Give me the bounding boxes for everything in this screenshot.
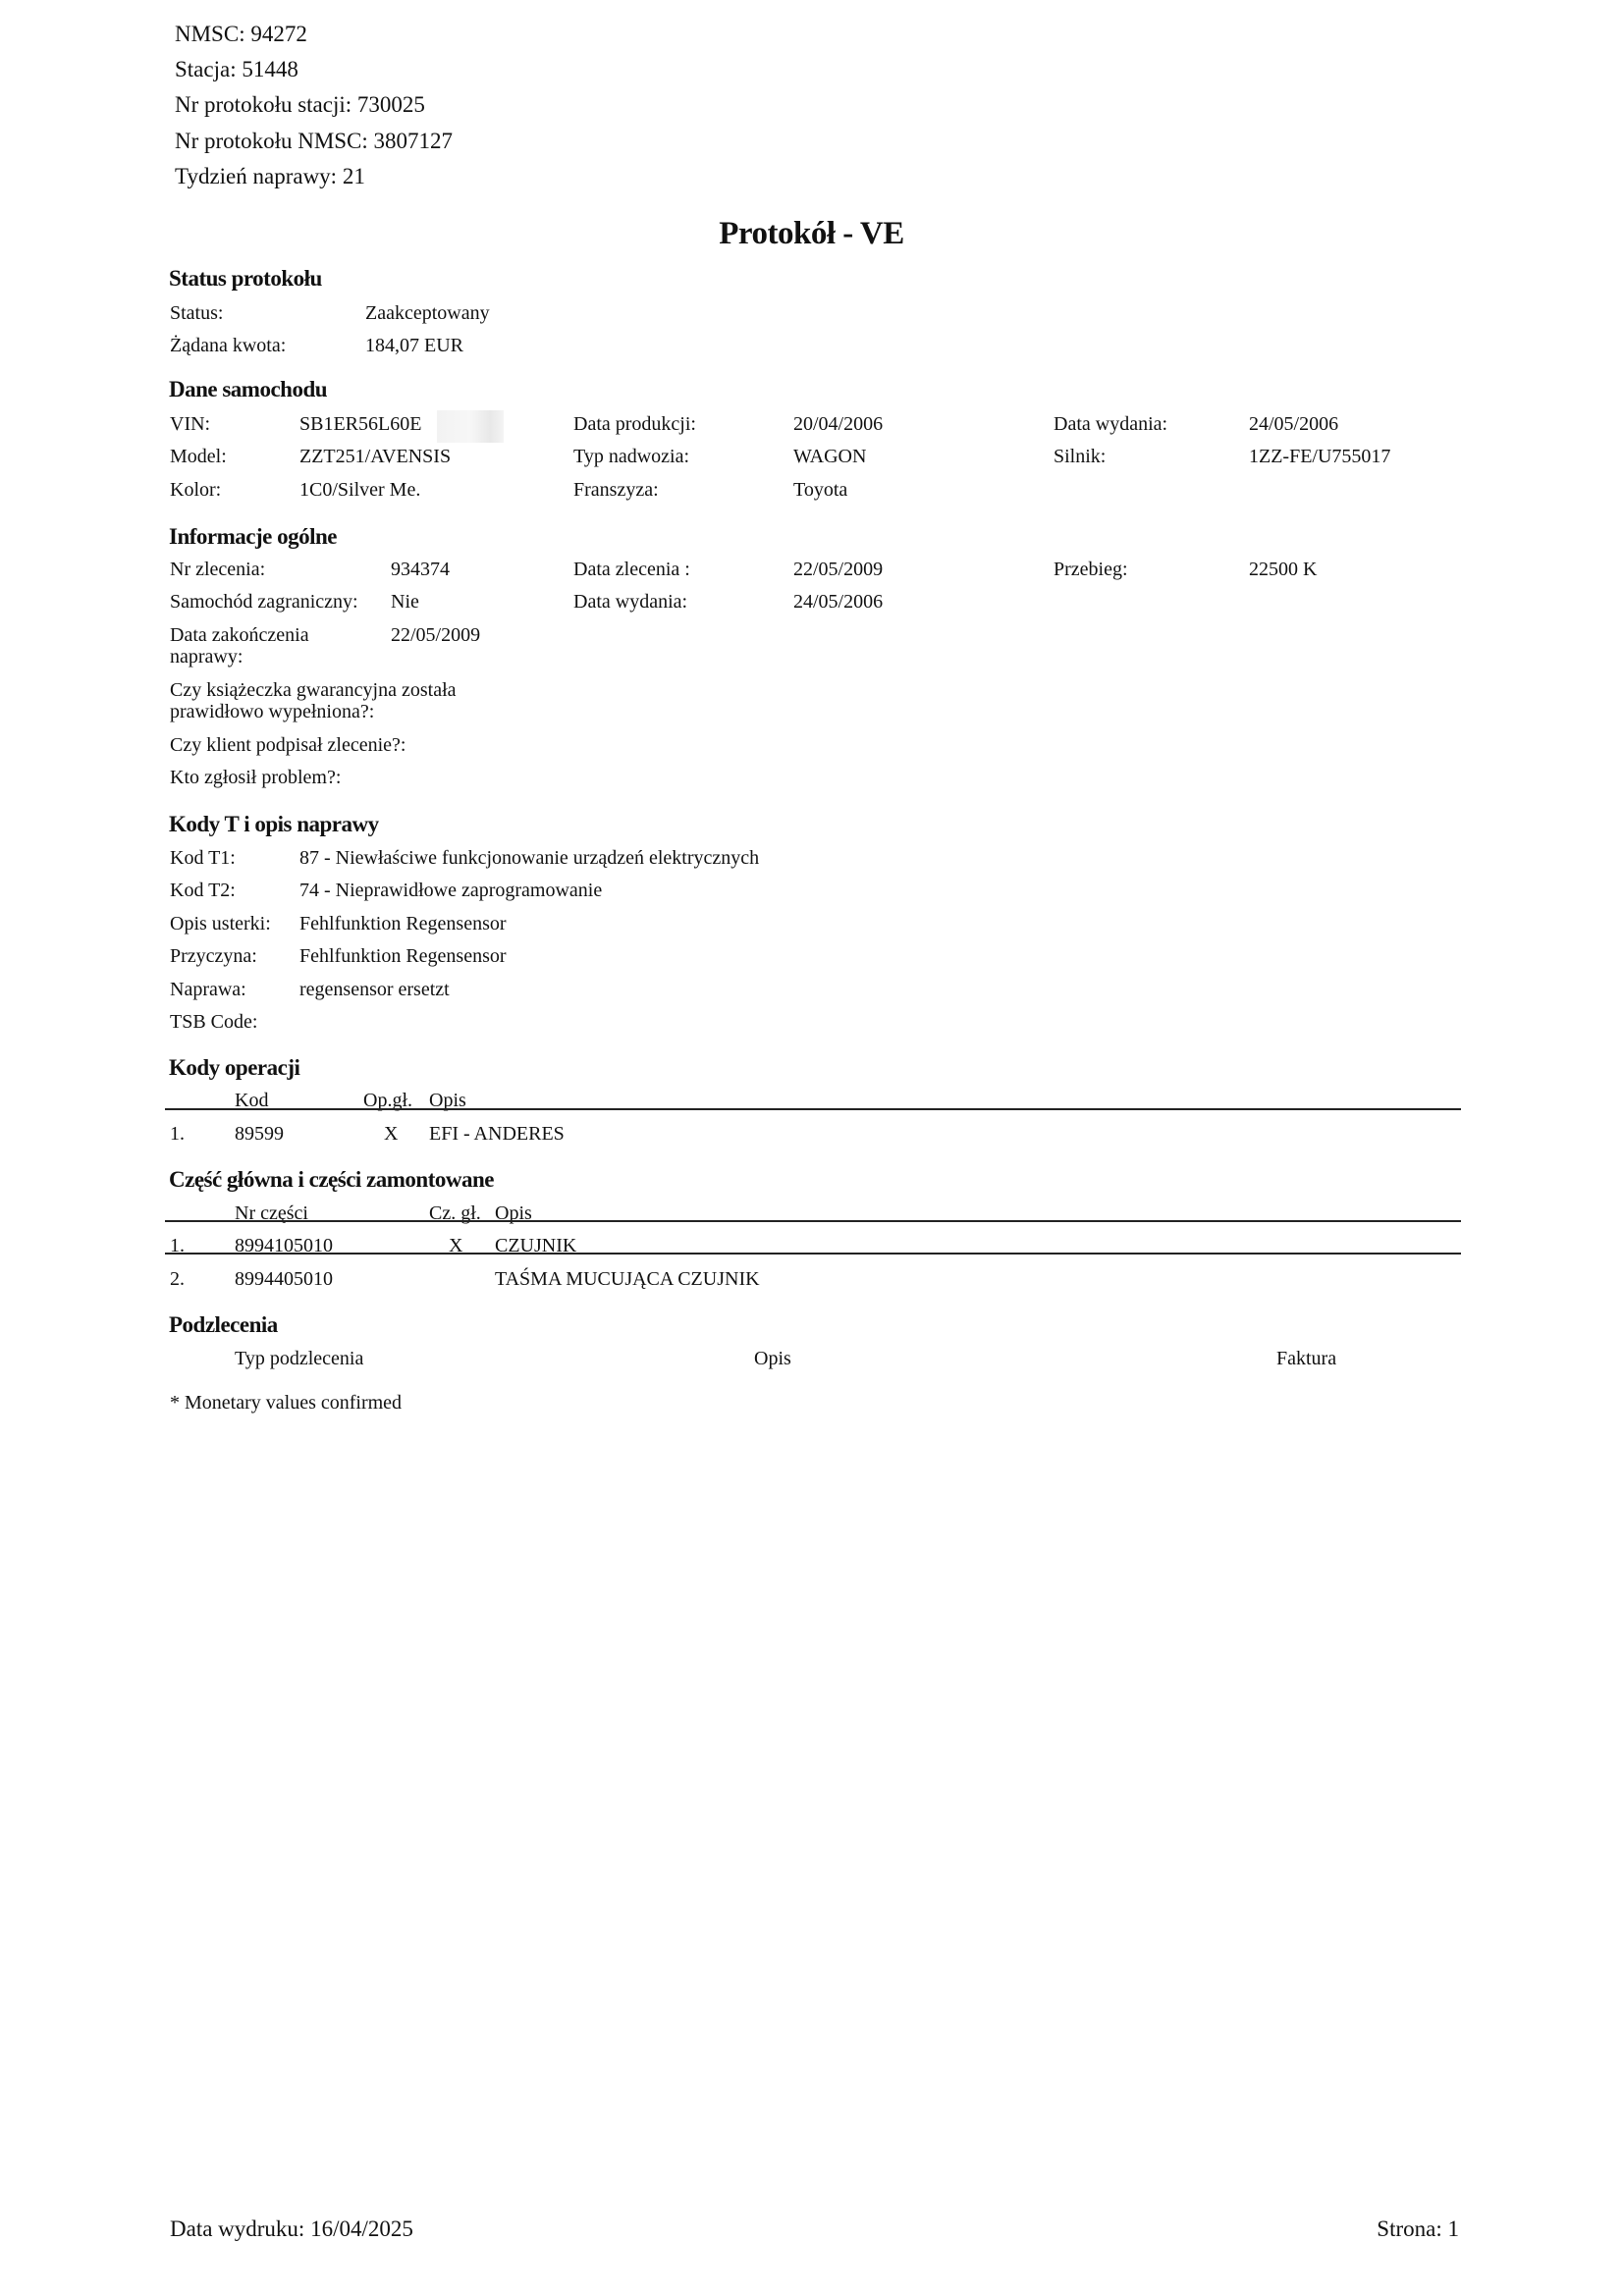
amount-value: 184,07 EUR [365, 335, 463, 357]
repair-end-date-label: Data zakończenia naprawy: [170, 624, 342, 667]
subcontract-section-heading: Podzlecenia [169, 1312, 278, 1338]
engine-value: 1ZZ-FE/U755017 [1249, 446, 1390, 468]
status-value: Zaakceptowany [365, 302, 490, 325]
subcontract-col-description: Opis [754, 1348, 791, 1370]
car-section-heading: Dane samochodu [169, 377, 327, 402]
status-label: Status: [170, 302, 223, 325]
operations-header-rule [165, 1108, 1461, 1110]
repair-value: regensensor ersetzt [299, 979, 450, 1001]
code-t1-label: Kod T1: [170, 847, 236, 870]
engine-label: Silnik: [1054, 446, 1106, 468]
production-date-label: Data produkcji: [573, 413, 696, 436]
vin-label: VIN: [170, 413, 210, 436]
operation-row-code: 89599 [235, 1123, 284, 1146]
foreign-car-label: Samochód zagraniczny: [170, 591, 358, 614]
print-date: Data wydruku: 16/04/2025 [170, 2216, 413, 2242]
station-protocol-number: Nr protokołu stacji: 730025 [175, 92, 425, 118]
color-label: Kolor: [170, 479, 221, 502]
parts-header-rule [165, 1220, 1461, 1222]
model-value: ZZT251/AVENSIS [299, 446, 451, 468]
code-t2-value: 74 - Nieprawidłowe zaprogramowanie [299, 880, 602, 902]
general-section-heading: Informacje ogólne [169, 524, 337, 550]
operation-row-description: EFI - ANDERES [429, 1123, 565, 1146]
delivery-date-label: Data wydania: [1054, 413, 1167, 436]
foreign-car-value: Nie [391, 591, 419, 614]
parts-row-rule [165, 1253, 1461, 1255]
operation-row-main: X [384, 1123, 398, 1146]
delivery-date-value: 24/05/2006 [1249, 413, 1338, 436]
nmsc-number: NMSC: 94272 [175, 22, 307, 47]
franchise-value: Toyota [793, 479, 847, 502]
parts-section-heading: Część główna i części zamontowane [169, 1167, 494, 1193]
part-row-2-part-number: 8994405010 [235, 1268, 333, 1291]
order-number-label: Nr zlecenia: [170, 559, 265, 581]
part-row-2-description: TAŚMA MUCUJĄCA CZUJNIK [495, 1268, 760, 1291]
amount-label: Żądana kwota: [170, 335, 286, 357]
order-date-label: Data zlecenia : [573, 559, 690, 581]
operation-row-number: 1. [170, 1123, 185, 1146]
subcontract-col-invoice: Faktura [1276, 1348, 1336, 1370]
code-t2-label: Kod T2: [170, 880, 236, 902]
repair-label: Naprawa: [170, 979, 246, 1001]
mileage-label: Przebieg: [1054, 559, 1128, 581]
monetary-note: * Monetary values confirmed [170, 1392, 402, 1415]
order-date-value: 22/05/2009 [793, 559, 883, 581]
cause-label: Przyczyna: [170, 945, 257, 968]
status-section-heading: Status protokołu [169, 266, 322, 292]
page-number: Strona: 1 [1377, 2216, 1459, 2242]
cause-value: Fehlfunktion Regensensor [299, 945, 507, 968]
body-type-label: Typ nadwozia: [573, 446, 689, 468]
station-number: Stacja: 51448 [175, 57, 298, 82]
nmsc-protocol-number: Nr protokołu NMSC: 3807127 [175, 129, 453, 154]
general-delivery-date-value: 24/05/2006 [793, 591, 883, 614]
color-value: 1C0/Silver Me. [299, 479, 420, 502]
model-label: Model: [170, 446, 227, 468]
order-number-value: 934374 [391, 559, 450, 581]
mileage-value: 22500 K [1249, 559, 1317, 581]
fault-description-value: Fehlfunktion Regensensor [299, 913, 507, 935]
who-reported-label: Kto zgłosił problem?: [170, 767, 341, 789]
client-signed-label: Czy klient podpisał zlecenie?: [170, 734, 406, 757]
operations-section-heading: Kody operacji [169, 1055, 299, 1081]
warranty-booklet-label: Czy książeczka gwarancyjna została prawi… [170, 679, 509, 722]
page-title: Protokół - VE [0, 216, 1623, 252]
codes-section-heading: Kody T i opis naprawy [169, 812, 379, 837]
tsb-code-label: TSB Code: [170, 1011, 257, 1034]
franchise-label: Franszyza: [573, 479, 659, 502]
part-row-2-number: 2. [170, 1268, 185, 1291]
vin-redaction [437, 410, 504, 443]
code-t1-value: 87 - Niewłaściwe funkcjonowanie urządzeń… [299, 847, 759, 870]
production-date-value: 20/04/2006 [793, 413, 883, 436]
repair-end-date-value: 22/05/2009 [391, 624, 480, 647]
subcontract-col-type: Typ podzlecenia [235, 1348, 363, 1370]
general-delivery-date-label: Data wydania: [573, 591, 687, 614]
body-type-value: WAGON [793, 446, 866, 468]
repair-week: Tydzień naprawy: 21 [175, 164, 365, 189]
vin-value: SB1ER56L60E [299, 413, 421, 436]
fault-description-label: Opis usterki: [170, 913, 271, 935]
